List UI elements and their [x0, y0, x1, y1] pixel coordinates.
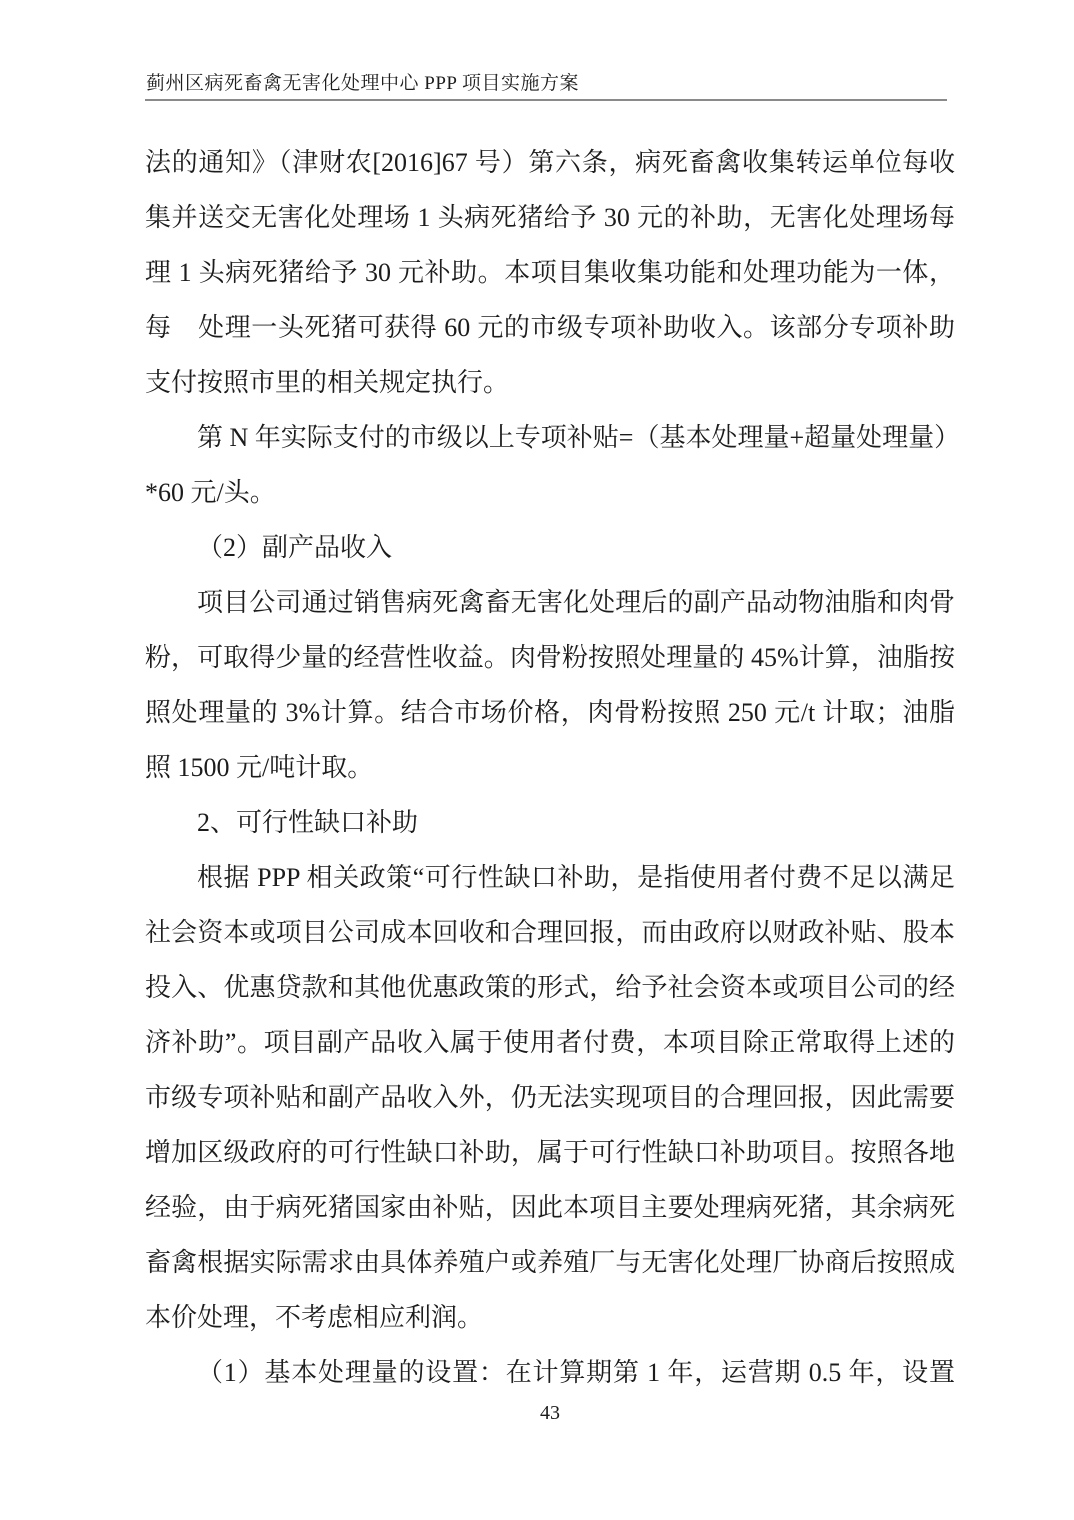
header-title: 蓟州区病死畜禽无害化处理中心 PPP 项目实施方案	[146, 71, 579, 97]
body-line: 2、可行性缺口补助	[145, 795, 955, 850]
body-line: 根据 PPP 相关政策“可行性缺口补助，是指使用者付费不足以满足	[145, 850, 955, 905]
body-line: 增加区级政府的可行性缺口补助，属于可行性缺口补助项目。按照各地	[145, 1125, 955, 1180]
page-footer: 43	[145, 1400, 955, 1426]
document-body: 法的通知》（津财农[2016]67 号）第六条，病死畜禽收集转运单位每收集并送交…	[145, 135, 955, 1400]
body-line: 投入、优惠贷款和其他优惠政策的形式，给予社会资本或项目公司的经	[145, 960, 955, 1015]
body-line: 理 1 头病死猪给予 30 元补助。本项目集收集功能和处理功能为一体，	[145, 245, 955, 300]
page-number: 43	[540, 1402, 560, 1424]
body-line: 集并送交无害化处理场 1 头病死猪给予 30 元的补助，无害化处理场每处	[145, 190, 955, 245]
body-line: 法的通知》（津财农[2016]67 号）第六条，病死畜禽收集转运单位每收	[145, 135, 955, 190]
document-page: 蓟州区病死畜禽无害化处理中心 PPP 项目实施方案 法的通知》（津财农[2016…	[0, 0, 1074, 1520]
body-line: 畜禽根据实际需求由具体养殖户或养殖厂与无害化处理厂协商后按照成	[145, 1235, 955, 1290]
body-line: 第 N 年实际支付的市级以上专项补贴=（基本处理量+超量处理量）	[145, 410, 955, 465]
body-line: 市级专项补贴和副产品收入外，仍无法实现项目的合理回报，因此需要	[145, 1070, 955, 1125]
body-line: 项目公司通过销售病死禽畜无害化处理后的副产品动物油脂和肉骨	[145, 575, 955, 630]
body-line: 经验，由于病死猪国家由补贴，因此本项目主要处理病死猪，其余病死	[145, 1180, 955, 1235]
body-line: 本价处理，不考虑相应利润。	[145, 1290, 955, 1345]
body-line: （2）副产品收入	[145, 520, 955, 575]
body-line: 粉，可取得少量的经营性收益。肉骨粉按照处理量的 45%计算，油脂按	[145, 630, 955, 685]
body-line: 支付按照市里的相关规定执行。	[145, 355, 955, 410]
body-line: （1）基本处理量的设置：在计算期第 1 年，运营期 0.5 年，设置基	[145, 1345, 955, 1400]
body-line: 照处理量的 3%计算。结合市场价格，肉骨粉按照 250 元/t 计取；油脂按	[145, 685, 955, 740]
header-rule	[145, 99, 947, 101]
body-line: *60 元/头。	[145, 465, 955, 520]
body-line: 每 处理一头死猪可获得 60 元的市级专项补助收入。该部分专项补助	[145, 300, 955, 355]
body-line: 照 1500 元/吨计取。	[145, 740, 955, 795]
body-line: 济补助”。项目副产品收入属于使用者付费，本项目除正常取得上述的	[145, 1015, 955, 1070]
body-line: 社会资本或项目公司成本回收和合理回报，而由政府以财政补贴、股本	[145, 905, 955, 960]
